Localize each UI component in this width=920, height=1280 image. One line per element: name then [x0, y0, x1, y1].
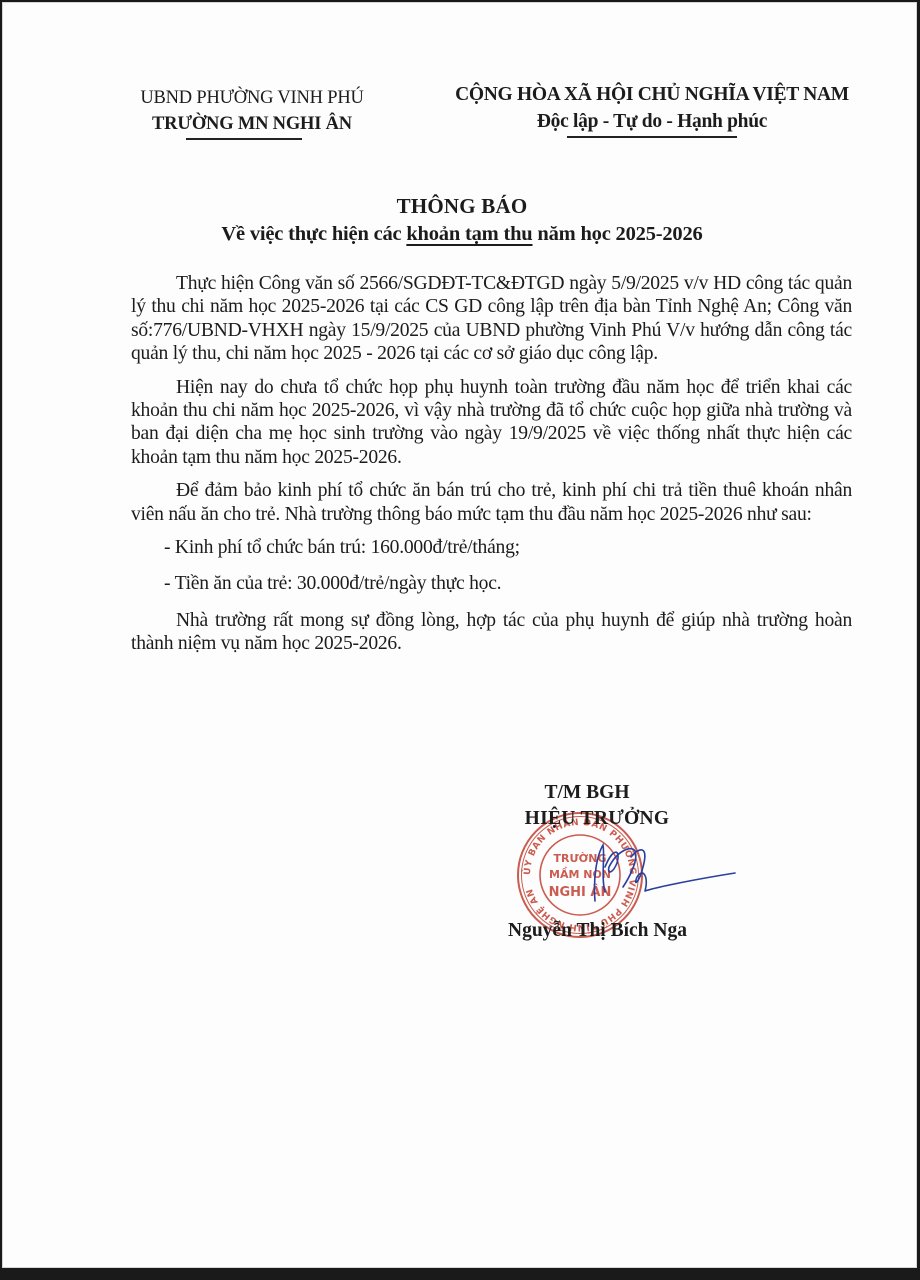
paragraph-closing: Nhà trường rất mong sự đồng lòng, hợp tá…	[131, 609, 852, 656]
paragraph-meeting: Hiện nay do chưa tổ chức họp phụ huynh t…	[131, 376, 852, 470]
signature-block: T/M BGH HIỆU TRƯỞNG Nguyễn Thị Bích Nga	[472, 780, 722, 832]
header-right-underline	[567, 136, 737, 138]
national-title: CỘNG HÒA XÃ HỘI CHỦ NGHĨA VIỆT NAM	[442, 82, 862, 108]
agency-name: UBND PHƯỜNG VINH PHÚ	[122, 86, 382, 111]
handwritten-signature-icon	[587, 837, 737, 907]
signatory-name: Nguyễn Thị Bích Nga	[508, 920, 687, 942]
fee-item-meals: - Tiền ăn của trẻ: 30.000đ/trẻ/ngày thực…	[131, 572, 852, 595]
title-subject-prefix: Về việc thực hiện các	[221, 223, 406, 245]
signature-on-behalf: T/M BGH	[462, 780, 712, 806]
school-name: TRƯỜNG MN NGHI ÂN	[122, 111, 382, 137]
issuing-agency-header: UBND PHƯỜNG VINH PHÚ TRƯỜNG MN NGHI ÂN	[122, 86, 382, 140]
national-header: CỘNG HÒA XÃ HỘI CHỦ NGHĨA VIỆT NAM Độc l…	[442, 82, 862, 138]
fee-item-boarding: - Kinh phí tổ chức bán trú: 160.000đ/trẻ…	[131, 536, 852, 559]
title-subject: Về việc thực hiện các khoản tạm thu năm …	[2, 220, 920, 248]
paragraph-reference: Thực hiện Công văn số 2566/SGDĐT-TC&ĐTGD…	[131, 272, 852, 366]
screen-bottom-edge	[0, 1270, 920, 1280]
title-subject-underlined: khoản tạm thu	[406, 223, 532, 245]
document-body: Thực hiện Công văn số 2566/SGDĐT-TC&ĐTGD…	[131, 272, 852, 666]
signature-role: HIỆU TRƯỞNG	[472, 806, 722, 832]
document-title: THÔNG BÁO Về việc thực hiện các khoản tạ…	[2, 192, 920, 248]
national-motto: Độc lập - Tự do - Hạnh phúc	[442, 108, 862, 136]
header-left-underline	[186, 138, 302, 140]
title-main: THÔNG BÁO	[2, 192, 920, 220]
title-subject-suffix: năm học 2025-2026	[533, 223, 703, 245]
document-page: UBND PHƯỜNG VINH PHÚ TRƯỜNG MN NGHI ÂN C…	[2, 2, 917, 1268]
paragraph-purpose: Để đảm bảo kinh phí tổ chức ăn bán trú c…	[131, 479, 852, 526]
